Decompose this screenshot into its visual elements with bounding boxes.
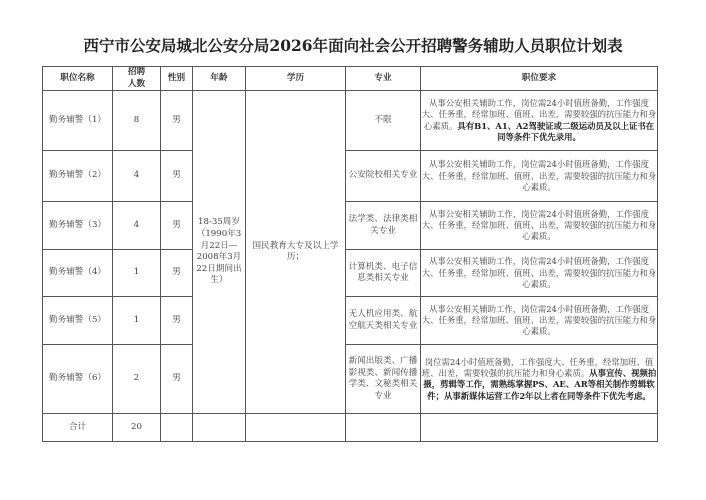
requirements-text: 从事公安相关辅助工作，岗位需24小时值班备勤，工作强度大、任务重，经常加班、值班… bbox=[422, 304, 657, 337]
total-count: 20 bbox=[113, 414, 161, 442]
recruit-count: 8 bbox=[113, 91, 161, 151]
position-plan-table: 职位名称 招聘人数 性别 年龄 学历 专业 职位要求 勤务辅警（1） 8 男 1… bbox=[42, 66, 658, 442]
gender: 男 bbox=[161, 91, 193, 151]
header-position: 职位名称 bbox=[43, 67, 113, 91]
major: 公安院校相关专业 bbox=[346, 151, 421, 202]
total-label: 合计 bbox=[43, 414, 113, 442]
position-name: 勤务辅警（4） bbox=[43, 250, 113, 297]
position-name: 勤务辅警（1） bbox=[43, 91, 113, 151]
header-count: 招聘人数 bbox=[113, 67, 161, 91]
education-requirement: 国民教育大专及以上学历； bbox=[246, 91, 346, 414]
recruit-count: 1 bbox=[113, 250, 161, 297]
total-row: 合计 20 bbox=[43, 414, 658, 442]
table-row: 勤务辅警（6） 2 男 新闻出版类、广播影视类、新闻传播学类、文秘类相关专业 岗… bbox=[43, 345, 658, 414]
requirements-text: 从事公安相关辅助工作，岗位需24小时值班备勤，工作强度大、任务重，经常加班、值班… bbox=[422, 159, 657, 192]
header-requirements: 职位要求 bbox=[421, 67, 658, 91]
empty-cell bbox=[346, 414, 421, 442]
recruit-count: 4 bbox=[113, 202, 161, 250]
header-gender: 性别 bbox=[161, 67, 193, 91]
table-row: 勤务辅警（2） 4 男 公安院校相关专业 从事公安相关辅助工作，岗位需24小时值… bbox=[43, 151, 658, 202]
gender: 男 bbox=[161, 202, 193, 250]
major: 不限 bbox=[346, 91, 421, 151]
position-requirements: 岗位需24小时值班备勤，工作强度大、任务重，经常加班、值班、出差，需要较强的抗压… bbox=[421, 345, 658, 414]
position-requirements: 从事公安相关辅助工作，岗位需24小时值班备勤，工作强度大、任务重，经常加班、值班… bbox=[421, 91, 658, 151]
recruit-count: 4 bbox=[113, 151, 161, 202]
table-row: 勤务辅警（4） 1 男 计算机类、电子信息类相关专业 从事公安相关辅助工作，岗位… bbox=[43, 250, 658, 297]
position-requirements: 从事公安相关辅助工作，岗位需24小时值班备勤，工作强度大、任务重，经常加班、值班… bbox=[421, 202, 658, 250]
gender: 男 bbox=[161, 250, 193, 297]
document-title: 西宁市公安局城北公安分局2026年面向社会公开招聘警务辅助人员职位计划表 bbox=[0, 34, 706, 56]
header-row: 职位名称 招聘人数 性别 年龄 学历 专业 职位要求 bbox=[43, 67, 658, 91]
gender: 男 bbox=[161, 151, 193, 202]
position-requirements: 从事公安相关辅助工作，岗位需24小时值班备勤，工作强度大、任务重，经常加班、值班… bbox=[421, 151, 658, 202]
position-requirements: 从事公安相关辅助工作，岗位需24小时值班备勤，工作强度大、任务重，经常加班、值班… bbox=[421, 250, 658, 297]
empty-cell bbox=[421, 414, 658, 442]
position-name: 勤务辅警（6） bbox=[43, 345, 113, 414]
major: 无人机应用类、航空航天类相关专业 bbox=[346, 297, 421, 345]
major: 计算机类、电子信息类相关专业 bbox=[346, 250, 421, 297]
position-name: 勤务辅警（3） bbox=[43, 202, 113, 250]
requirements-priority-text: 具有B1、A1、A2驾驶证或二级运动员及以上证书在同等条件下优先录用。 bbox=[457, 121, 654, 142]
major: 新闻出版类、广播影视类、新闻传播学类、文秘类相关专业 bbox=[346, 345, 421, 414]
requirements-text: 从事公安相关辅助工作，岗位需24小时值班备勤，工作强度大、任务重，经常加班、值班… bbox=[422, 209, 657, 242]
gender: 男 bbox=[161, 345, 193, 414]
position-requirements: 从事公安相关辅助工作，岗位需24小时值班备勤，工作强度大、任务重，经常加班、值班… bbox=[421, 297, 658, 345]
empty-cell bbox=[161, 414, 193, 442]
header-count-line1: 招聘 bbox=[128, 67, 145, 77]
header-age: 年龄 bbox=[193, 67, 246, 91]
major: 法学类、法律类相关专业 bbox=[346, 202, 421, 250]
header-count-line2: 人数 bbox=[128, 79, 145, 89]
position-name: 勤务辅警（2） bbox=[43, 151, 113, 202]
age-requirement: 18-35周岁（1990年3月22日—2008年3月22日期间出生） bbox=[193, 91, 246, 414]
header-major: 专业 bbox=[346, 67, 421, 91]
recruit-count: 1 bbox=[113, 297, 161, 345]
empty-cell bbox=[246, 414, 346, 442]
requirements-text: 从事公安相关辅助工作，岗位需24小时值班备勤，工作强度大、任务重，经常加班、值班… bbox=[422, 256, 657, 289]
gender: 男 bbox=[161, 297, 193, 345]
position-name: 勤务辅警（5） bbox=[43, 297, 113, 345]
header-education: 学历 bbox=[246, 67, 346, 91]
empty-cell bbox=[193, 414, 246, 442]
table-row: 勤务辅警（3） 4 男 法学类、法律类相关专业 从事公安相关辅助工作，岗位需24… bbox=[43, 202, 658, 250]
table-row: 勤务辅警（5） 1 男 无人机应用类、航空航天类相关专业 从事公安相关辅助工作，… bbox=[43, 297, 658, 345]
table-row: 勤务辅警（1） 8 男 18-35周岁（1990年3月22日—2008年3月22… bbox=[43, 91, 658, 151]
recruit-count: 2 bbox=[113, 345, 161, 414]
